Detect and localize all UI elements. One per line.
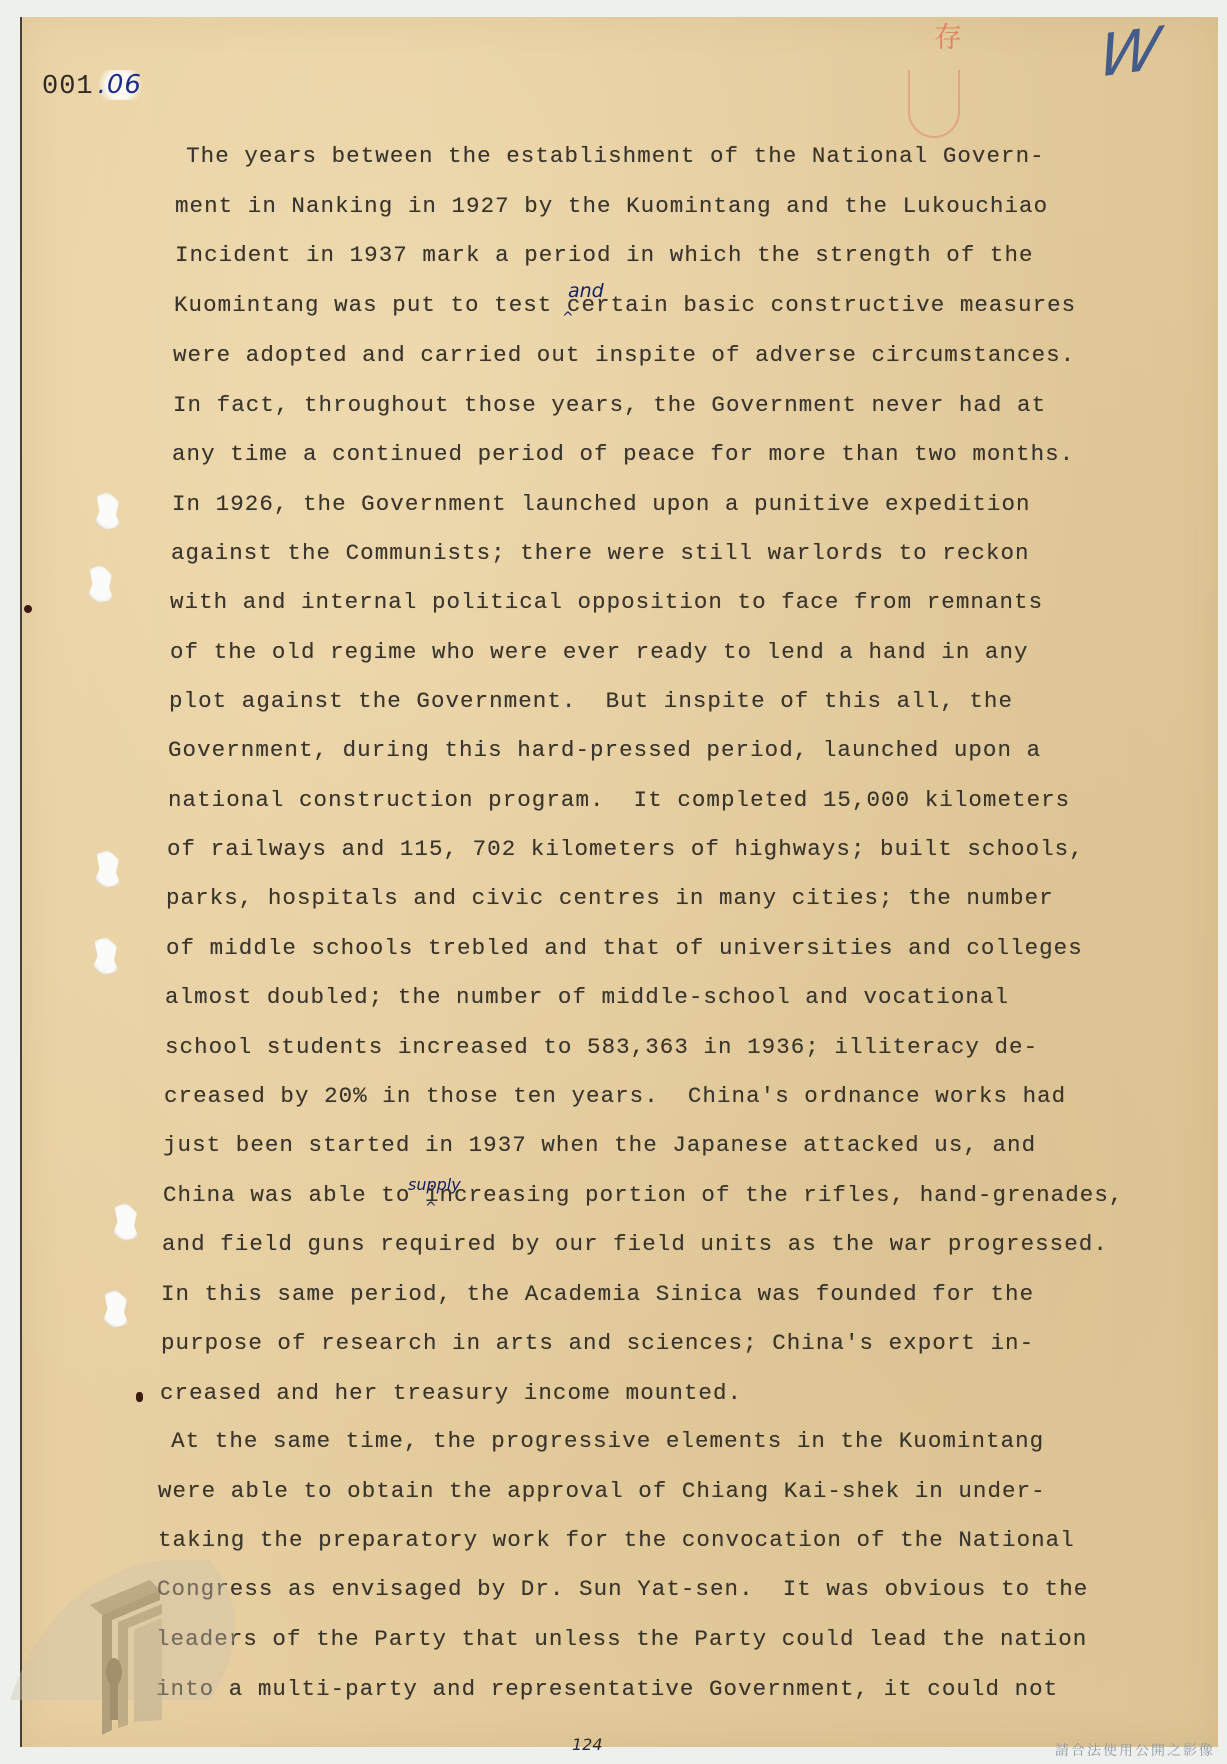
text-line: Government, during this hard-pressed per…	[168, 737, 1041, 763]
text-line: any time a continued period of peace for…	[172, 441, 1074, 467]
archive-logo-watermark	[10, 1560, 250, 1760]
text-line: purpose of research in arts and sciences…	[161, 1330, 1034, 1356]
text-line: were able to obtain the approval of Chia…	[158, 1478, 1046, 1504]
text-line: Kuomintang was put to test certain basic…	[174, 292, 1076, 318]
text-line: were adopted and carried out inspite of …	[173, 342, 1075, 368]
text-line: creased by 20% in those ten years. China…	[164, 1083, 1066, 1109]
text-line: of railways and 115, 702 kilometers of h…	[167, 836, 1084, 862]
document-serial-number: 001.06	[42, 70, 146, 102]
text-line: taking the preparatory work for the conv…	[158, 1527, 1075, 1553]
red-stamp-text: 存	[930, 22, 963, 50]
text-line: and field guns required by our field uni…	[162, 1231, 1108, 1257]
text-line: In this same period, the Academia Sinica…	[161, 1281, 1034, 1307]
text-line: of the old regime who were ever ready to…	[170, 639, 1029, 665]
usage-notice-watermark: 請合法使用公開之影像	[1055, 1740, 1215, 1760]
text-line: In 1926, the Government launched upon a …	[172, 491, 1031, 517]
text-line: creased and her treasury income mounted.	[160, 1380, 742, 1406]
red-stamp-circle	[908, 70, 960, 138]
text-line: The years between the establishment of t…	[157, 143, 1045, 169]
text-line: with and internal political opposition t…	[170, 589, 1043, 615]
text-line: national construction program. It comple…	[168, 787, 1070, 813]
text-line: into a multi-party and representative Go…	[156, 1676, 1058, 1702]
text-line: school students increased to 583,363 in …	[165, 1034, 1038, 1060]
text-line: Congress as envisaged by Dr. Sun Yat-sen…	[157, 1576, 1088, 1602]
text-line: leaders of the Party that unless the Par…	[156, 1626, 1087, 1652]
text-line: just been started in 1937 when the Japan…	[163, 1132, 1036, 1158]
text-line: China was able to increasing portion of …	[163, 1182, 1123, 1208]
insert-caret: ^	[425, 1200, 437, 1216]
ink-dot	[136, 1392, 143, 1402]
text-line: Incident in 1937 mark a period in which …	[175, 242, 1034, 268]
text-line: ment in Nanking in 1927 by the Kuomintan…	[175, 193, 1048, 219]
text-line: In fact, throughout those years, the Gov…	[173, 392, 1046, 418]
text-line: of middle schools trebled and that of un…	[166, 935, 1083, 961]
text-line: almost doubled; the number of middle-sch…	[165, 984, 1009, 1010]
handwritten-insert-supply: supply	[408, 1175, 461, 1194]
blue-pencil-mark: W	[1095, 14, 1165, 92]
serial-handwritten: .06	[94, 70, 146, 100]
insert-caret: ^	[562, 310, 574, 326]
text-line: against the Communists; there were still…	[171, 540, 1030, 566]
page-number: 124	[572, 1735, 603, 1754]
text-line: At the same time, the progressive elemen…	[142, 1428, 1044, 1454]
handwritten-insert-and: and	[568, 280, 604, 302]
text-line: plot against the Government. But inspite…	[169, 688, 1013, 714]
serial-typed: 001	[42, 72, 94, 102]
text-line: parks, hospitals and civic centres in ma…	[166, 885, 1054, 911]
ink-dot	[24, 605, 32, 613]
red-stamp-mark: 存	[912, 22, 962, 117]
